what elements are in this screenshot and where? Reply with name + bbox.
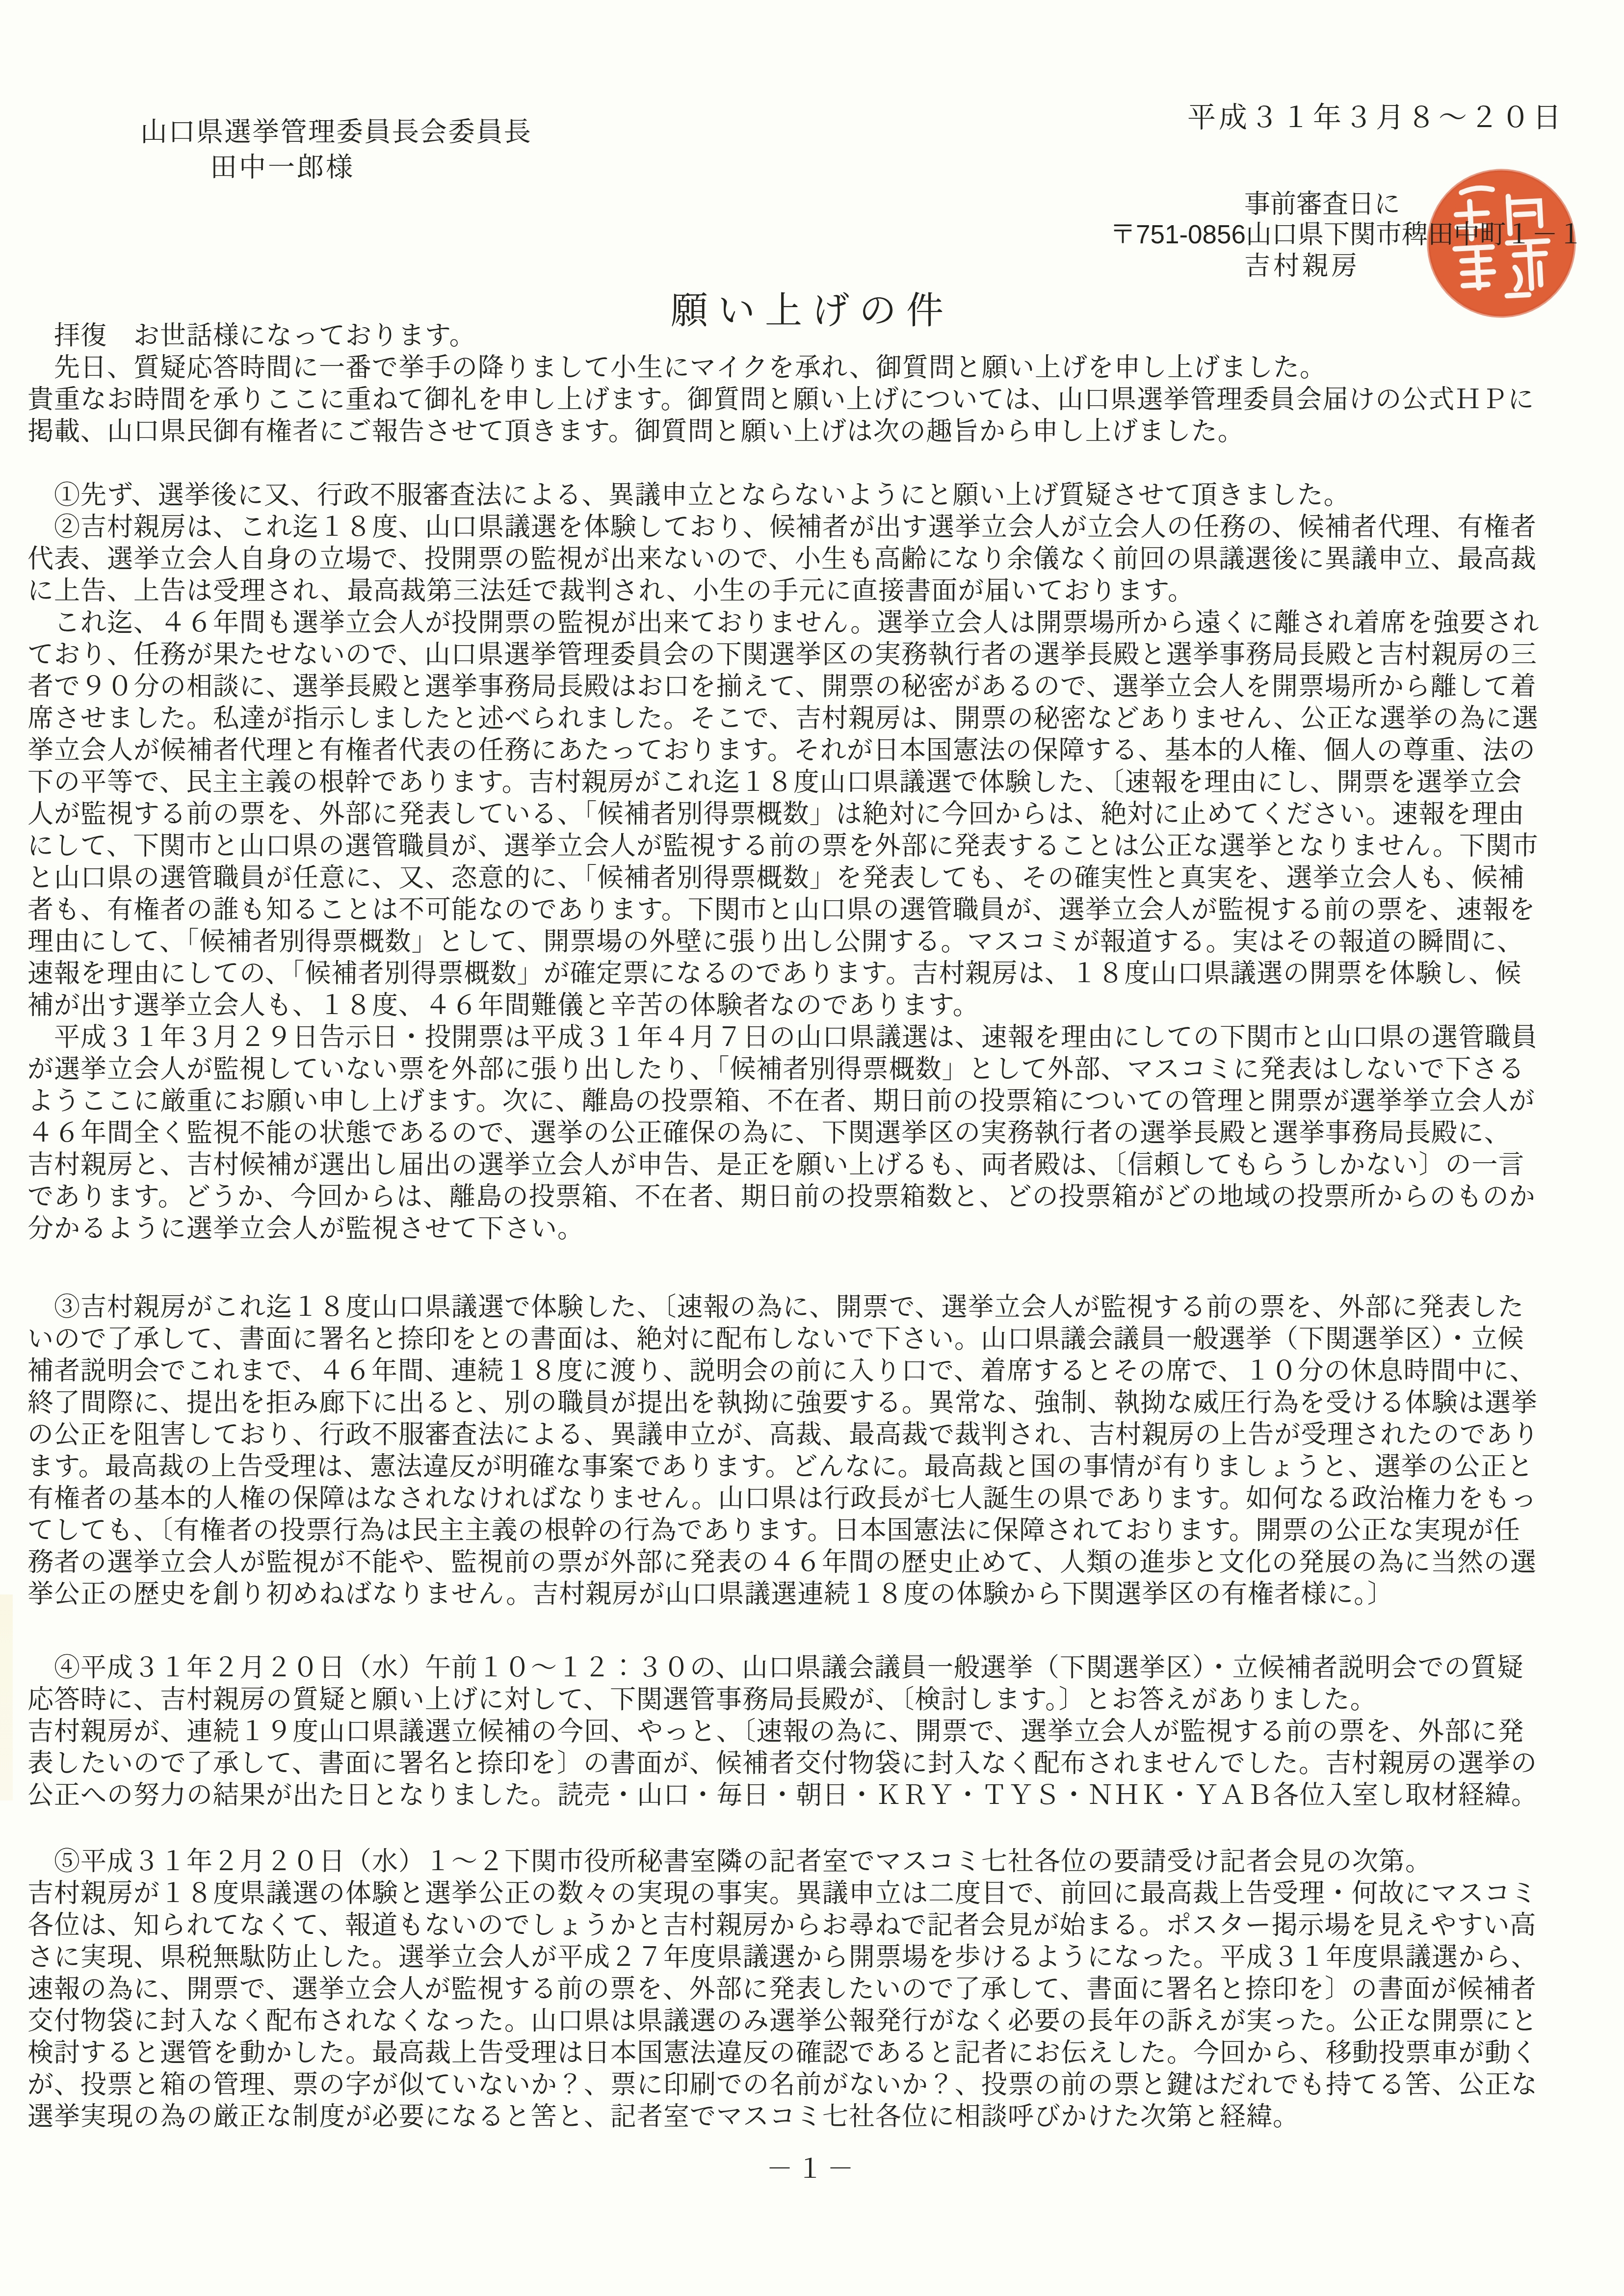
body-line: 補者説明会でこれまで、４６年間、連続１８度に渡り、説明会の前に入り口で、着席する…	[27, 1355, 1604, 1387]
body-line: 代表、選挙立会人自身の立場で、投開票の監視が出来ないので、小生も高齢になり余儀な…	[27, 543, 1604, 575]
sender-name: 吉村親房	[1244, 245, 1360, 283]
body-line: ②吉村親房は、これ迄１８度、山口県議選を体験しており、候補者が出す選挙立会人が立…	[27, 511, 1604, 543]
body-line: 交付物袋に封入なく配布されなくなった。山口県は県議選のみ選挙公報発行がなく必要の…	[27, 2005, 1604, 2037]
body-section-item-5: ⑤平成３１年２月２０日（水）１～２下関市役所秘書室隣の記者室でマスコミ七社各位の…	[27, 1846, 1604, 2133]
body-line: 補が出す選挙立会人も、１８度、４６年間難儀と辛苦の体験者なのであります。	[27, 990, 1604, 1021]
page-number: －１－	[0, 2148, 1624, 2186]
body-line: であります。どうか、今回からは、離島の投票箱、不在者、期日前の投票箱数と、どの投…	[27, 1181, 1604, 1213]
body-line: と山口県の選管職員が任意に、又、恣意的に、「候補者別得票概数」を発表しても、その…	[27, 862, 1604, 894]
body-line: これ迄、４６年間も選挙立会人が投開票の監視が出来ておりません。選挙立会人は開票場…	[27, 607, 1604, 639]
body-line: ⑤平成３１年２月２０日（水）１～２下関市役所秘書室隣の記者室でマスコミ七社各位の…	[27, 1846, 1604, 1878]
document-body: 拝復 お世話様になっております。 先日、質疑応答時間に一番で挙手の降りまして小生…	[27, 320, 1604, 2133]
body-line: 検討すると選管を動かした。最高裁上告受理は日本国憲法違反の確認であると記者にお伝…	[27, 2037, 1604, 2069]
document-date-range: 平成３１年３月８～２０日	[1187, 94, 1564, 135]
body-line: 速報の為に、開票で、選挙立会人が監視する前の票を、外部に発表したいので了承して、…	[27, 1973, 1604, 2005]
body-line: ４６年間全く監視不能の状態であるので、選挙の公正確保の為に、下関選挙区の実務執行…	[27, 1117, 1604, 1149]
body-line: にして、下関市と山口県の選管職員が、選挙立会人が監視する前の票を外部に発表するこ…	[27, 830, 1604, 862]
body-line: さに実現、県税無駄防止した。選挙立会人が平成２７年度県議選から開票場を歩けるよう…	[27, 1941, 1604, 1973]
body-line: 先日、質疑応答時間に一番で挙手の降りまして小生にマイクを承れ、御質問と願い上げを…	[27, 352, 1604, 384]
body-line: いので了承して、書面に署名と捺印をとの書面は、絶対に配布しないで下さい。山口県議…	[27, 1323, 1604, 1355]
body-line: 下の平等で、民主主義の根幹であります。吉村親房がこれ迄１８度山口県議選で体験した…	[27, 766, 1604, 798]
body-line: 理由にして、「候補者別得票概数」として、開票場の外壁に張り出し公開する。マスコミ…	[27, 926, 1604, 958]
body-line: 各位は、知られてなくて、報道もないのでしょうかと吉村親房からお尋ねで記者会見が始…	[27, 1909, 1604, 1941]
body-line: が選挙立会人が監視していない票を外部に張り出したり、「候補者別得票概数」として外…	[27, 1053, 1604, 1085]
body-line: 終了間際に、提出を拒み廊下に出ると、別の職員が提出を執拗に強要する。異常な、強制…	[27, 1387, 1604, 1419]
body-line: が、投票と箱の管理、票の字が似ていないか？、票に印刷での名前がないか？、投票の前…	[27, 2069, 1604, 2101]
body-line: 貴重なお時間を承りここに重ねて御礼を申し上げます。御質問と願い上げについては、山…	[27, 384, 1604, 416]
body-line: てしても、〔有権者の投票行為は民主主義の根幹の行為であります。日本国憲法に保障さ…	[27, 1514, 1604, 1546]
body-line: 応答時に、吉村親房の質疑と願い上げに対して、下関選管事務局長殿が、〔検討します。…	[27, 1684, 1604, 1716]
body-line: の公正を阻害しており、行政不服審査法による、異議申立が、高裁、最高裁で裁判され、…	[27, 1419, 1604, 1451]
body-line: 掲載、山口県民御有権者にご報告させて頂きます。御質問と願い上げは次の趣旨から申し…	[27, 416, 1604, 447]
body-line: 者で９０分の相談に、選挙長殿と選挙事務局長殿はお口を揃えて、開票の秘密があるので…	[27, 671, 1604, 703]
body-line: ③吉村親房がこれ迄１８度山口県議選で体験した、〔速報の為に、開票で、選挙立会人が…	[27, 1291, 1604, 1323]
body-line: ④平成３１年２月２０日（水）午前１０～１２：３０の、山口県議会議員一般選挙（下関…	[27, 1652, 1604, 1684]
body-line: 吉村親房と、吉村候補が選出し届出の選挙立会人が申告、是正を願い上げるも、両者殿は…	[27, 1149, 1604, 1181]
body-line: 表したいので了承して、書面に署名と捺印を〕の書面が、候補者交付物袋に封入なく配布…	[27, 1748, 1604, 1779]
body-line: ており、任務が果たせないので、山口県選挙管理委員会の下関選挙区の実務執行者の選挙…	[27, 639, 1604, 671]
body-line: 公正への努力の結果が出た日となりました。読売・山口・毎日・朝日・ＫＲＹ・ＴＹＳ・…	[27, 1779, 1604, 1811]
body-line: ようここに厳重にお願い申し上げます。次に、離島の投票箱、不在者、期日前の投票箱に…	[27, 1085, 1604, 1117]
body-section-item-3: ③吉村親房がこれ迄１８度山口県議選で体験した、〔速報の為に、開票で、選挙立会人が…	[27, 1291, 1604, 1610]
body-line: 平成３１年３月２９日告示日・投開票は平成３１年４月７日の山口県議選は、速報を理由…	[27, 1021, 1604, 1053]
body-section-item-4: ④平成３１年２月２０日（水）午前１０～１２：３０の、山口県議会議員一般選挙（下関…	[27, 1652, 1604, 1811]
body-line: 選挙実現の為の厳正な制度が必要になると筈と、記者室でマスコミ七社各位に相談呼びか…	[27, 2101, 1604, 2133]
body-line: 挙立会人が候補者代理と有権者代表の任務にあたっております。それが日本国憲法の保障…	[27, 734, 1604, 766]
body-section-greeting-intro: 拝復 お世話様になっております。 先日、質疑応答時間に一番で挙手の降りまして小生…	[27, 320, 1604, 447]
body-line: 分かるように選挙立会人が監視させて下さい。	[27, 1213, 1604, 1245]
body-line: 吉村親房が１８度県議選の体験と選挙公正の数々の実現の事実。異議申立は二度目で、前…	[27, 1878, 1604, 1909]
body-line: 有権者の基本的人権の保障はなされなければなりません。山口県は行政長が七人誕生の県…	[27, 1483, 1604, 1514]
body-line: ①先ず、選挙後に又、行政不服審査法による、異議申立とならないようにと願い上げ質疑…	[27, 479, 1604, 511]
body-line: 吉村親房が、連続１９度山口県議選立候補の今回、やっと、〔速報の為に、開票で、選挙…	[27, 1716, 1604, 1748]
body-line: 挙公正の歴史を創り初めねばなりません。吉村親房が山口県議選連続１８度の体験から下…	[27, 1578, 1604, 1610]
body-line: ます。最高裁の上告受理は、憲法違反が明確な事案であります。どんなに。最高裁と国の…	[27, 1451, 1604, 1483]
scan-artifact-streak	[0, 1594, 13, 1800]
body-line: 務者の選挙立会人が監視が不能や、監視前の票が外部に発表の４６年間の歴史止めて、人…	[27, 1546, 1604, 1578]
body-line: 席させました。私達が指示しましたと述べられました。そこで、吉村親房は、開票の秘密…	[27, 703, 1604, 734]
body-line: 人が監視する前の票を、外部に発表している、「候補者別得票概数」は絶対に今回からは…	[27, 798, 1604, 830]
scanned-letter-page: 平成３１年３月８～２０日 山口県選挙管理委員長会委員長 田中一郎様 事前審査日に…	[0, 0, 1624, 2296]
addressee-name: 田中一郎様	[210, 145, 355, 184]
body-section-items-1-2: ①先ず、選挙後に又、行政不服審査法による、異議申立とならないようにと願い上げ質疑…	[27, 479, 1604, 1245]
addressee-organization: 山口県選挙管理委員長会委員長	[140, 110, 532, 149]
body-line: 拝復 お世話様になっております。	[27, 320, 1604, 352]
body-line: 者も、有権者の誰も知ることは不可能なのであります。下関市と山口県の選管職員が、選…	[27, 894, 1604, 926]
body-line: 速報を理由にしての、「候補者別得票概数」が確定票になるのであります。吉村親房は、…	[27, 958, 1604, 990]
body-line: に上告、上告は受理され、最高裁第三法廷で裁判され、小生の手元に直接書面が届いてお…	[27, 575, 1604, 607]
